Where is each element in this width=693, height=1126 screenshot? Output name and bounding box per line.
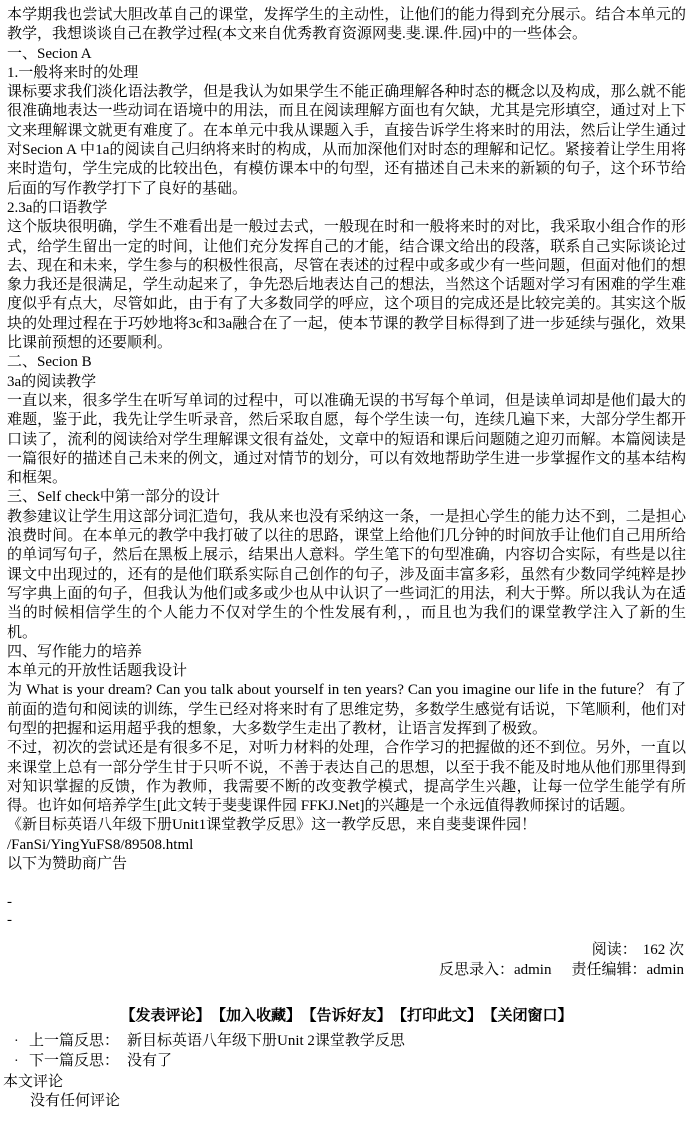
article-paragraph: 一直以来，很多学生在听写单词的过程中，可以准确无误的书写每个单词，但是读单词却是… <box>7 392 686 488</box>
article-body: 本学期我也尝试大胆改革自己的课堂，发挥学生的主动性，让他们的能力得到充分展示。结… <box>7 6 686 874</box>
ad-placeholder: - <box>7 911 686 929</box>
subsection-heading: 1.一般将来时的处理 <box>7 64 686 83</box>
next-article-row: ·下一篇反思：没有了 <box>7 1052 686 1071</box>
comments-empty-text: 没有任何评论 <box>7 1092 686 1111</box>
tell-friend-link[interactable]: 【告诉好友】 <box>309 1008 392 1024</box>
comments-section: 本文评论 没有任何评论 <box>7 1073 686 1112</box>
bullet-icon: · <box>14 1052 29 1071</box>
prev-next-nav: ·上一篇反思：新目标英语八年级下册Unit 2课堂教学反思 ·下一篇反思：没有了 <box>7 1032 686 1071</box>
prev-article-row: ·上一篇反思：新目标英语八年级下册Unit 2课堂教学反思 <box>7 1032 686 1051</box>
section-heading-selfcheck: 三、Self check中第一部分的设计 <box>7 488 686 507</box>
subsection-heading: 2.3a的口语教学 <box>7 199 686 218</box>
close-window-link[interactable]: 【关闭窗口】 <box>490 1008 573 1024</box>
ad-placeholder: - <box>7 893 686 911</box>
read-count-line: 阅读：162 次 <box>7 941 684 960</box>
section-heading-writing: 四、写作能力的培养 <box>7 643 686 662</box>
article-paragraph: 教参建议让学生用这部分词汇造句，我从来也没有采纳这一条，一是担心学生的能力达不到… <box>7 508 686 643</box>
section-heading-b: 二、Secion B <box>7 353 686 372</box>
prev-article-label: 上一篇反思： <box>29 1033 119 1049</box>
editor-value: admin <box>647 962 685 978</box>
prev-article-link[interactable]: 新目标英语八年级下册Unit 2课堂教学反思 <box>127 1033 405 1049</box>
article-paragraph: 这个版块很明确，学生不难看出是一般过去式，一般现在时和一般将来时的对比，我采取小… <box>7 218 686 353</box>
add-favorite-link[interactable]: 【加入收藏】 <box>218 1008 301 1024</box>
subsection-heading: 3a的阅读教学 <box>7 373 686 392</box>
entry-label: 反思录入： <box>439 962 514 978</box>
next-article-label: 下一篇反思： <box>29 1053 119 1069</box>
ad-area: - - <box>7 893 686 929</box>
sponsor-notice: 以下为赞助商广告 <box>7 855 686 874</box>
meta-block: 阅读：162 次 反思录入：admin责任编辑：admin <box>7 941 686 980</box>
section-heading-a: 一、Secion A <box>7 45 686 64</box>
article-page: 本学期我也尝试大胆改革自己的课堂，发挥学生的主动性，让他们的能力得到充分展示。结… <box>0 0 693 1111</box>
article-paragraph: 本单元的开放性话题我设计 <box>7 662 686 681</box>
post-comment-link[interactable]: 【发表评论】 <box>120 1008 210 1024</box>
article-paragraph: 不过，初次的尝试还是有很多不足，对听力材料的处理，合作学习的把握做的还不到位。另… <box>7 739 686 816</box>
next-article-text: 没有了 <box>127 1053 172 1069</box>
article-paragraph: 本学期我也尝试大胆改革自己的课堂，发挥学生的主动性，让他们的能力得到充分展示。结… <box>7 6 686 45</box>
article-paragraph: 为 What is your dream? Can you talk about… <box>7 681 686 739</box>
entry-value: admin <box>514 962 552 978</box>
read-count-value: 162 次 <box>643 942 684 958</box>
bullet-icon: · <box>14 1032 29 1051</box>
article-url-line: /FanSi/YingYuFS8/89508.html <box>7 836 686 855</box>
article-paragraph: 课标要求我们淡化语法教学，但是我认为如果学生不能正确理解各种时态的概念以及构成，… <box>7 83 686 199</box>
editor-line: 反思录入：admin责任编辑：admin <box>7 961 684 980</box>
editor-label: 责任编辑： <box>571 962 646 978</box>
article-source-line: 《新目标英语八年级下册Unit1课堂教学反思》这一教学反思，来自斐斐课件园！ <box>7 816 686 835</box>
print-article-link[interactable]: 【打印此文】 <box>400 1008 483 1024</box>
read-count-label: 阅读： <box>592 942 637 958</box>
action-links: 【发表评论】【加入收藏】【告诉好友】【打印此文】【关闭窗口】 <box>7 1007 686 1026</box>
comments-title: 本文评论 <box>3 1073 686 1092</box>
